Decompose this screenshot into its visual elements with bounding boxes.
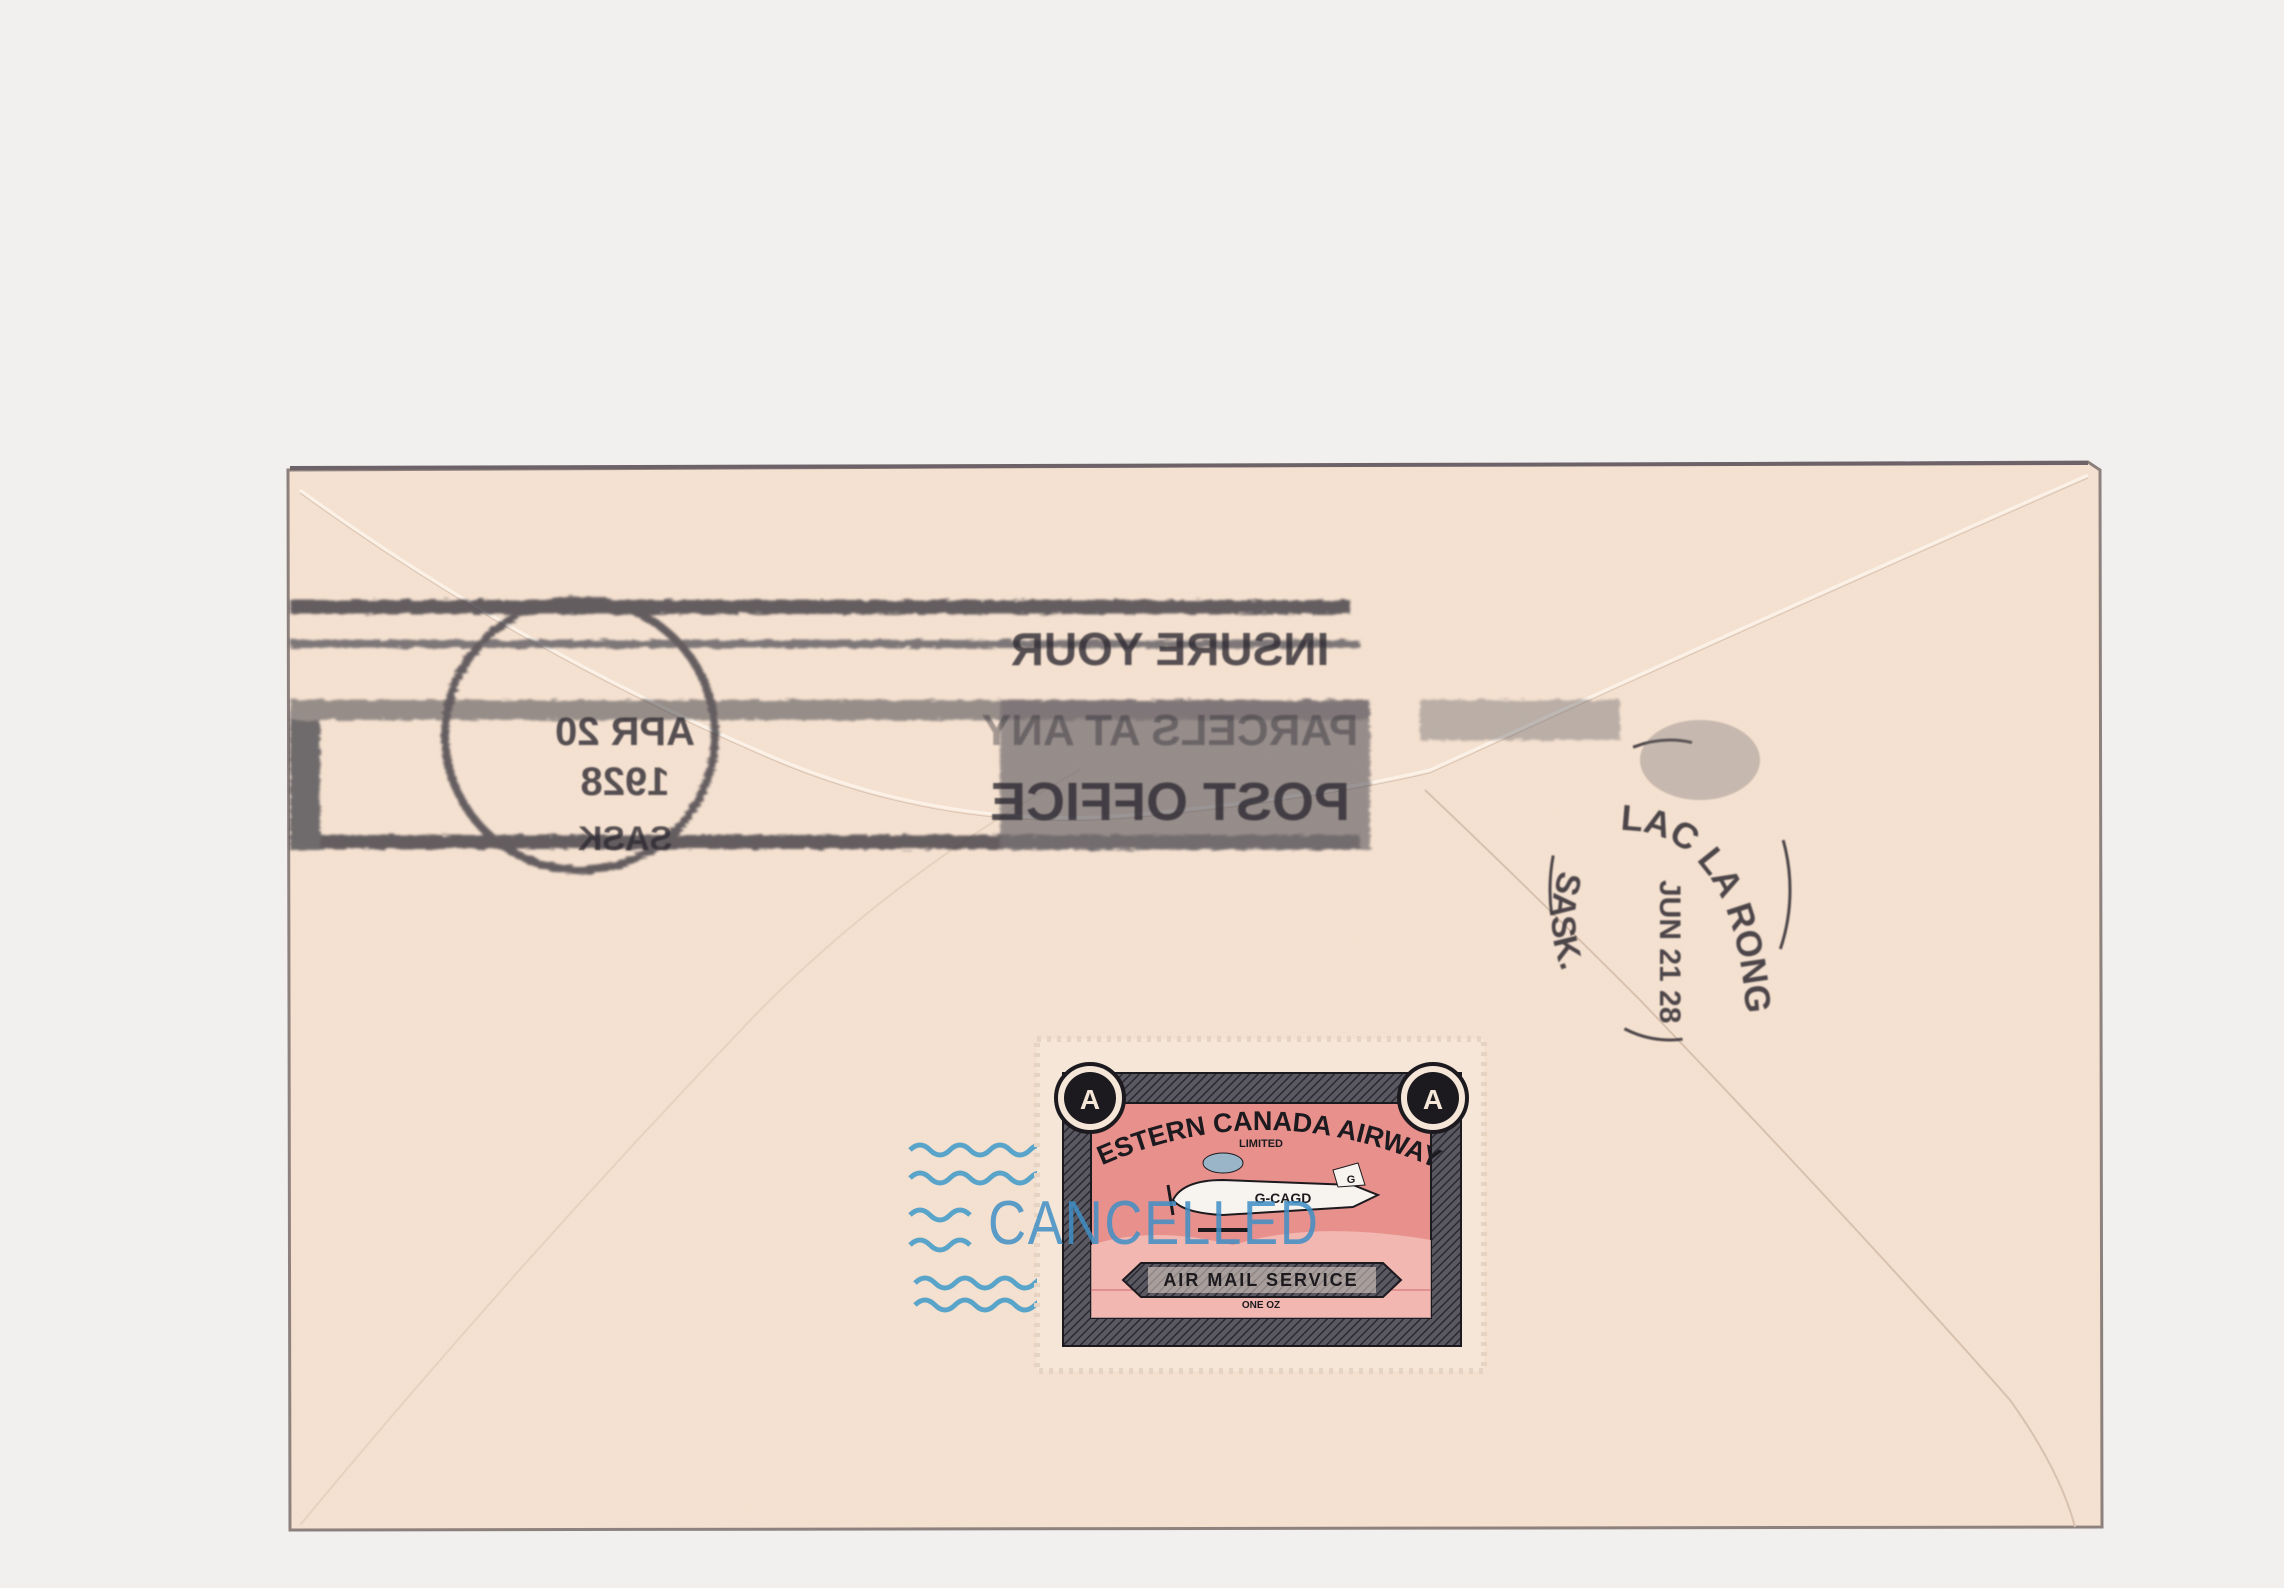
stamp-service: AIR MAIL SERVICE bbox=[1163, 1270, 1358, 1290]
postmark-date: JUN 21 28 bbox=[1653, 880, 1686, 1023]
monogram-left-icon: A bbox=[1056, 1064, 1124, 1132]
machine-cancel-slogan-1: INSURE YOUR bbox=[1011, 623, 1330, 675]
scan-scene: APR 20 1928 SASK INSURE YOUR PARCELS AT … bbox=[0, 0, 2284, 1588]
tail-letter: G bbox=[1347, 1174, 1356, 1186]
svg-text:A: A bbox=[1423, 1084, 1443, 1115]
machine-cancel-date: APR 20 bbox=[555, 710, 695, 754]
monogram-right-icon: A bbox=[1399, 1064, 1467, 1132]
machine-cancel-slogan-3: POST OFFICE bbox=[990, 772, 1350, 832]
stamp-denomination: ONE OZ bbox=[1242, 1300, 1280, 1311]
machine-cancel-slogan-2: PARCELS AT ANY bbox=[982, 706, 1358, 755]
machine-cancel-year: 1928 bbox=[581, 760, 670, 804]
machine-cancel-province: SASK bbox=[577, 820, 672, 858]
stamp-subtitle: LIMITED bbox=[1239, 1138, 1283, 1150]
cancelled-handstamp: CANCELLED bbox=[988, 1188, 1320, 1259]
svg-text:A: A bbox=[1080, 1084, 1100, 1115]
